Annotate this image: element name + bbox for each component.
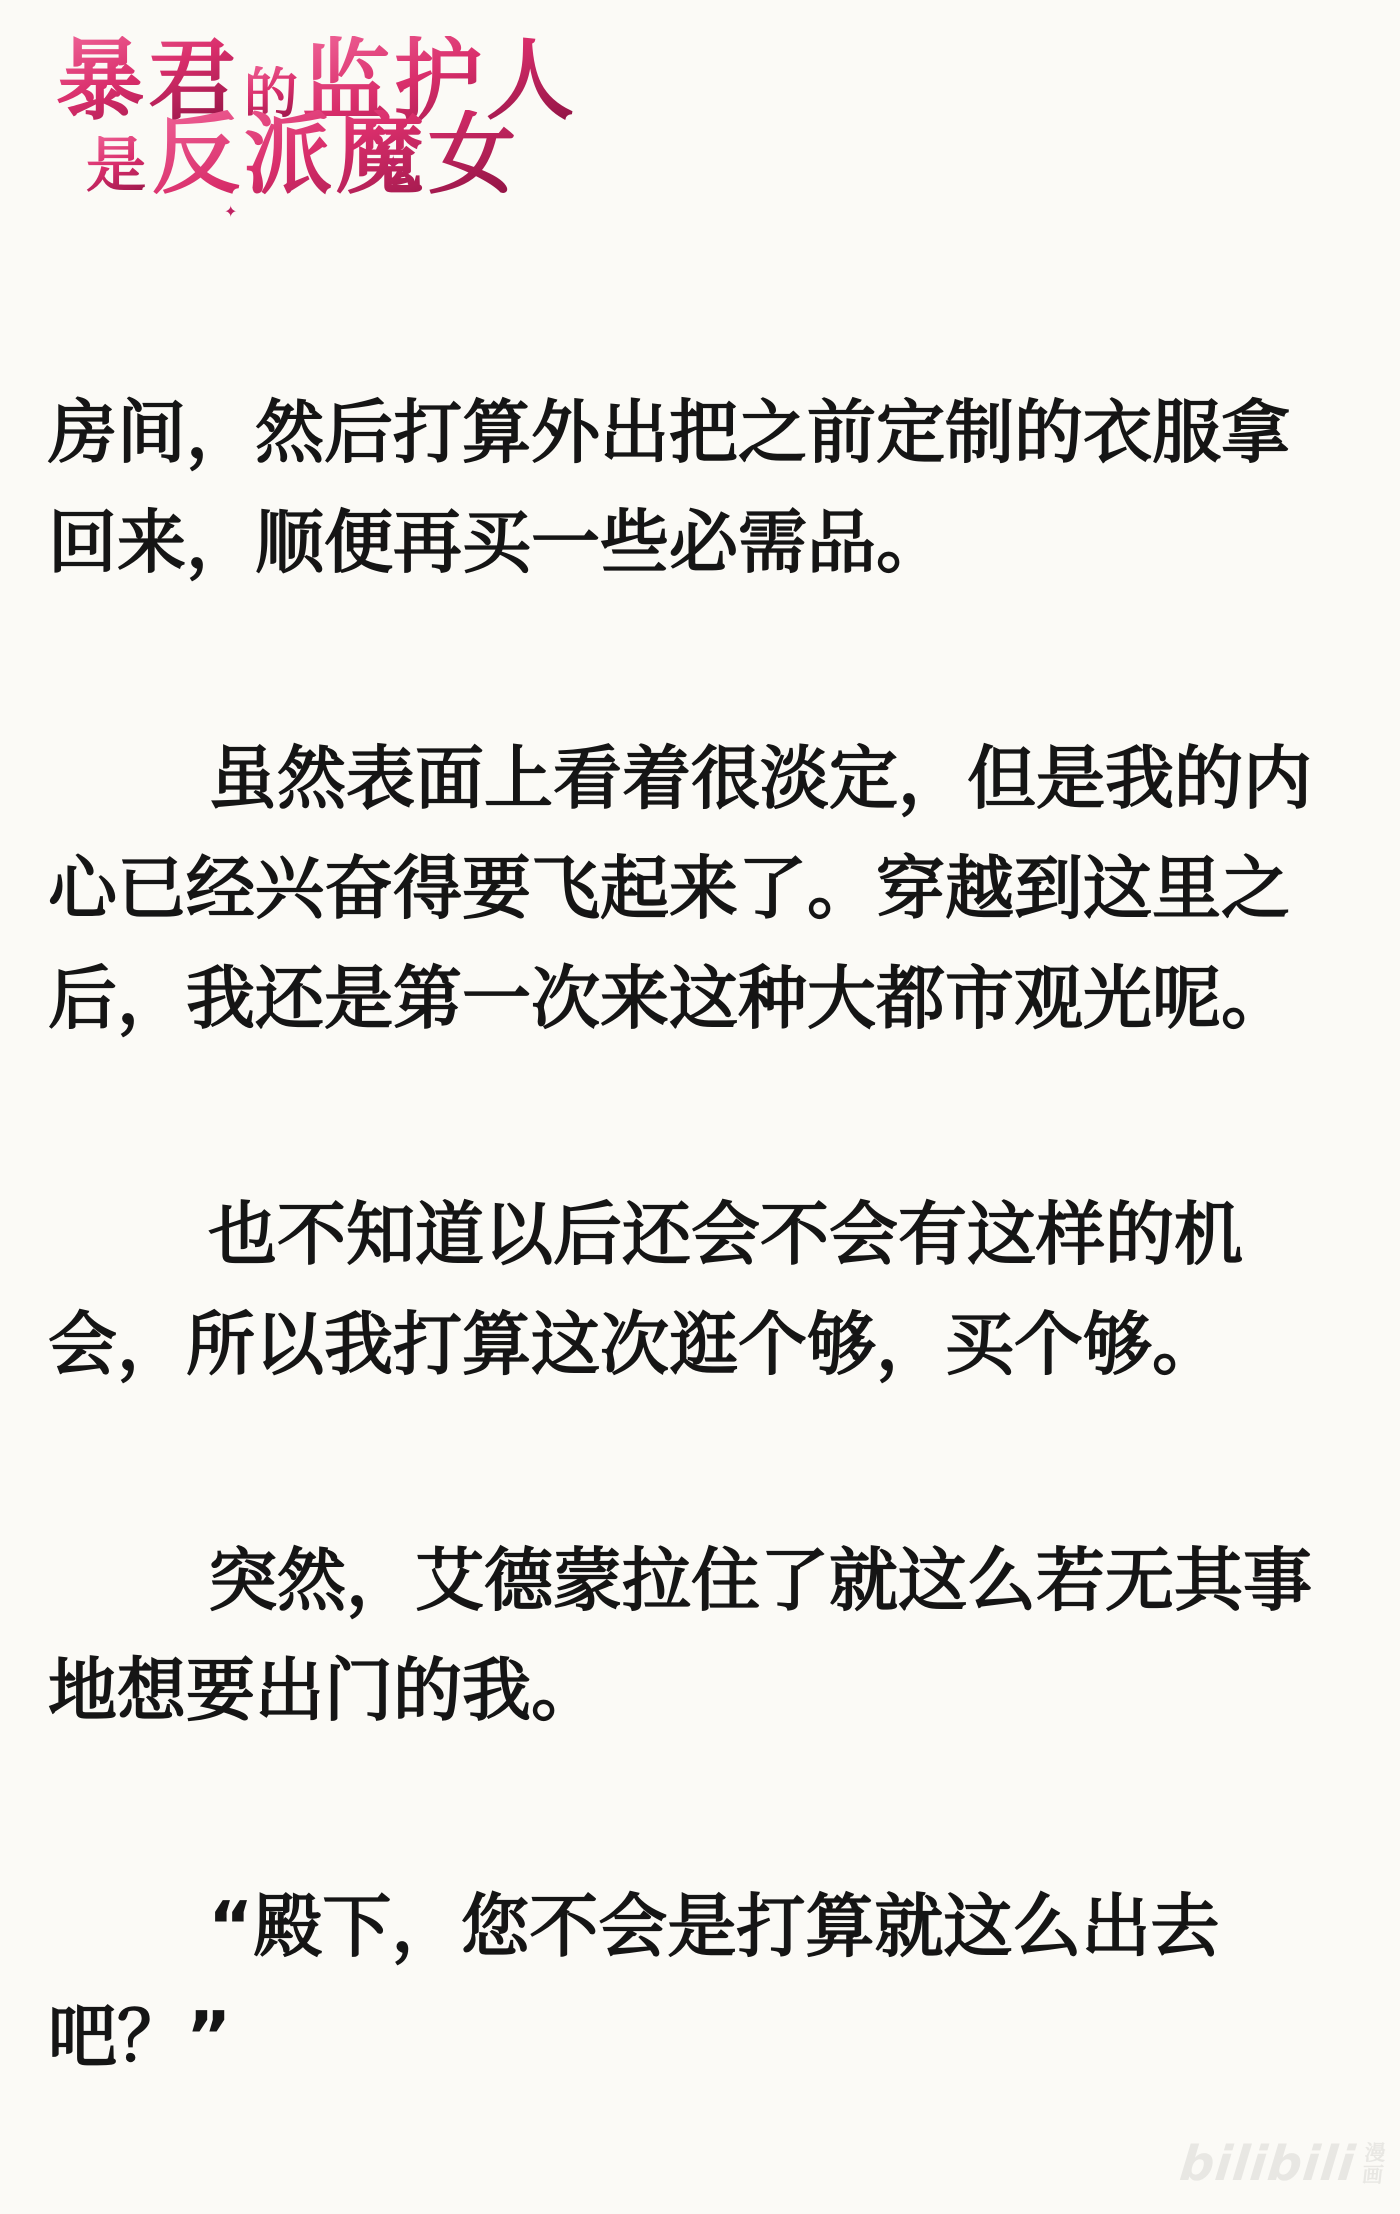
text-line: “殿下，您不会是打算就这么出去 xyxy=(48,1872,1352,1982)
bilibili-watermark: bilibili 漫 画 xyxy=(1177,2136,1387,2192)
text-line: 地想要出门的我。 xyxy=(48,1636,1352,1746)
sparkle-icon: ✦ xyxy=(224,204,237,220)
manhua-label: 漫 画 xyxy=(1361,2142,1387,2186)
logo-text: 是 xyxy=(86,136,152,198)
text-line: 虽然表面上看着很淡定，但是我的内 xyxy=(48,724,1352,834)
paragraph-3: 也不知道以后还会不会有这样的机 会，所以我打算这次逛个够，买个够。 xyxy=(48,1180,1352,1400)
text-line: 后，我还是第一次来这种大都市观光呢。 xyxy=(48,944,1352,1054)
paragraph-5-dialogue: “殿下，您不会是打算就这么出去 吧？” xyxy=(48,1872,1352,2092)
text-line: 回来，顺便再买一些必需品。 xyxy=(48,488,1352,598)
text-line: 也不知道以后还会不会有这样的机 xyxy=(48,1180,1352,1290)
text-line: 吧？” xyxy=(48,1982,1352,2092)
text-line: 心已经兴奋得要飞起来了。穿越到这里之 xyxy=(48,834,1352,944)
manhua-char-1: 漫 xyxy=(1363,2142,1386,2164)
novel-reader-page: 暴君 的 监护人 是 反派魔女 ✦ ✦ 房间，然后打算外出把之前定制的衣服拿 回… xyxy=(0,0,1400,2214)
paragraph-4: 突然，艾德蒙拉住了就这么若无其事 地想要出门的我。 xyxy=(48,1526,1352,1746)
bilibili-logo: bilibili xyxy=(1177,2136,1358,2192)
manhua-char-2: 画 xyxy=(1361,2164,1384,2186)
sparkle-icon: ✦ xyxy=(384,154,402,176)
text-line: 突然，艾德蒙拉住了就这么若无其事 xyxy=(48,1526,1352,1636)
paragraph-2: 虽然表面上看着很淡定，但是我的内 心已经兴奋得要飞起来了。穿越到这里之 后，我还… xyxy=(48,724,1352,1054)
paragraph-1: 房间，然后打算外出把之前定制的衣服拿 回来，顺便再买一些必需品。 xyxy=(48,378,1352,598)
text-line: 房间，然后打算外出把之前定制的衣服拿 xyxy=(48,378,1352,488)
chapter-text: 房间，然后打算外出把之前定制的衣服拿 回来，顺便再买一些必需品。 虽然表面上看着… xyxy=(48,378,1352,2214)
logo-text: 反派魔女 xyxy=(152,110,520,198)
text-line: 会，所以我打算这次逛个够，买个够。 xyxy=(48,1290,1352,1400)
logo-line-2: 是 反派魔女 xyxy=(86,110,578,198)
series-title-logo: 暴君 的 监护人 是 反派魔女 ✦ ✦ xyxy=(56,36,578,198)
